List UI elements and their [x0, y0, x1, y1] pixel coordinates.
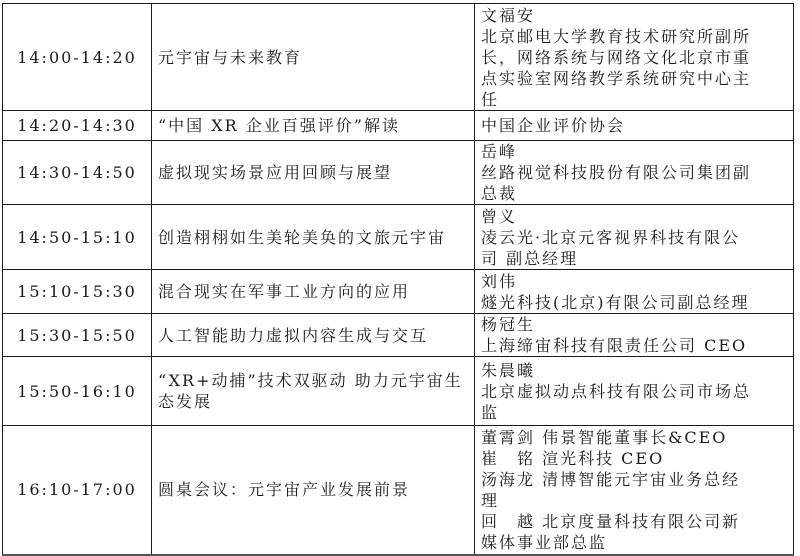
speaker-title-line: 任 [481, 89, 787, 110]
agenda-row: 15:10-15:30混合现实在军事工业方向的应用刘伟燧光科技(北京)有限公司副… [3, 270, 794, 314]
speaker-title-line: 监 [481, 402, 787, 423]
topic-cell: 虚拟现实场景应用回顾与展望 [152, 141, 475, 205]
speaker-title-line: 总裁 [481, 183, 787, 204]
speaker-title-line: 点实验室网络教学系统研究中心主 [481, 68, 787, 89]
speaker-title-line: 崔 铭 渲光科技 CEO [481, 448, 787, 469]
speaker-name: 董霄剑 伟景智能董事长&CEO [481, 427, 787, 448]
topic-cell: 人工智能助力虚拟内容生成与交互 [152, 314, 475, 357]
speaker-cell: 杨冠生上海缔宙科技有限责任公司 CEO [475, 314, 794, 357]
speaker-cell: 朱晨曦北京虚拟动点科技有限公司市场总监 [475, 357, 794, 426]
agenda-row: 14:20-14:30“中国 XR 企业百强评价”解读中国企业评价协会 [3, 111, 794, 141]
speaker-name: 杨冠生 [481, 314, 787, 335]
speaker-title-line: 长，网络系统与网络文化北京市重 [481, 47, 787, 68]
time-cell: 15:30-15:50 [3, 314, 152, 357]
agenda-row: 16:10-17:00圆桌会议：元宇宙产业发展前景董霄剑 伟景智能董事长&CEO… [3, 426, 794, 555]
agenda-row: 14:50-15:10创造栩栩如生美轮美奂的文旅元宇宙曾义凌云光·北京元客视界科… [3, 205, 794, 270]
agenda-row: 14:30-14:50虚拟现实场景应用回顾与展望岳峰丝路视觉科技股份有限公司集团… [3, 141, 794, 205]
speaker-name: 朱晨曦 [481, 360, 787, 381]
speaker-name: 刘伟 [481, 271, 787, 292]
time-cell: 14:00-14:20 [3, 4, 152, 111]
time-cell: 15:50-16:10 [3, 357, 152, 426]
speaker-cell: 文福安北京邮电大学教育技术研究所副所长，网络系统与网络文化北京市重点实验室网络教… [475, 4, 794, 111]
speaker-title-line: 凌云光·北京元客视界科技有限公 [481, 227, 787, 248]
topic-cell: 创造栩栩如生美轮美奂的文旅元宇宙 [152, 205, 475, 270]
topic-cell: “XR+动捕”技术双驱动 助力元宇宙生态发展 [152, 357, 475, 426]
speaker-title-line: 理 [481, 490, 787, 511]
speaker-title-line: 回 越 北京度量科技有限公司新 [481, 511, 787, 532]
speaker-name: 中国企业评价协会 [481, 115, 787, 136]
speaker-title-line: 燧光科技(北京)有限公司副总经理 [481, 292, 787, 313]
agenda-row: 15:50-16:10“XR+动捕”技术双驱动 助力元宇宙生态发展朱晨曦北京虚拟… [3, 357, 794, 426]
topic-cell: “中国 XR 企业百强评价”解读 [152, 111, 475, 141]
topic-cell: 混合现实在军事工业方向的应用 [152, 270, 475, 314]
speaker-title-line: 上海缔宙科技有限责任公司 CEO [481, 335, 787, 356]
speaker-title-line: 丝路视觉科技股份有限公司集团副 [481, 162, 787, 183]
time-cell: 16:10-17:00 [3, 426, 152, 555]
topic-cell: 元宇宙与未来教育 [152, 4, 475, 111]
topic-cell: 圆桌会议：元宇宙产业发展前景 [152, 426, 475, 555]
time-cell: 14:50-15:10 [3, 205, 152, 270]
speaker-name: 岳峰 [481, 141, 787, 162]
agenda-row: 15:30-15:50人工智能助力虚拟内容生成与交互杨冠生上海缔宙科技有限责任公… [3, 314, 794, 357]
time-cell: 14:20-14:30 [3, 111, 152, 141]
speaker-cell: 董霄剑 伟景智能董事长&CEO崔 铭 渲光科技 CEO汤海龙 清博智能元宇宙业务… [475, 426, 794, 555]
speaker-title-line: 司 副总经理 [481, 248, 787, 269]
speaker-cell: 中国企业评价协会 [475, 111, 794, 141]
speaker-title-line: 汤海龙 清博智能元宇宙业务总经 [481, 469, 787, 490]
speaker-cell: 岳峰丝路视觉科技股份有限公司集团副总裁 [475, 141, 794, 205]
time-cell: 14:30-14:50 [3, 141, 152, 205]
speaker-title-line: 北京虚拟动点科技有限公司市场总 [481, 381, 787, 402]
speaker-name: 曾义 [481, 206, 787, 227]
time-cell: 15:10-15:30 [3, 270, 152, 314]
speaker-cell: 刘伟燧光科技(北京)有限公司副总经理 [475, 270, 794, 314]
agenda-row: 14:00-14:20元宇宙与未来教育文福安北京邮电大学教育技术研究所副所长，网… [3, 4, 794, 111]
speaker-cell: 曾义凌云光·北京元客视界科技有限公司 副总经理 [475, 205, 794, 270]
agenda-table: 14:00-14:20元宇宙与未来教育文福安北京邮电大学教育技术研究所副所长，网… [2, 3, 794, 556]
speaker-title-line: 媒体事业部总监 [481, 532, 787, 553]
speaker-name: 文福安 [481, 5, 787, 26]
speaker-title-line: 北京邮电大学教育技术研究所副所 [481, 26, 787, 47]
